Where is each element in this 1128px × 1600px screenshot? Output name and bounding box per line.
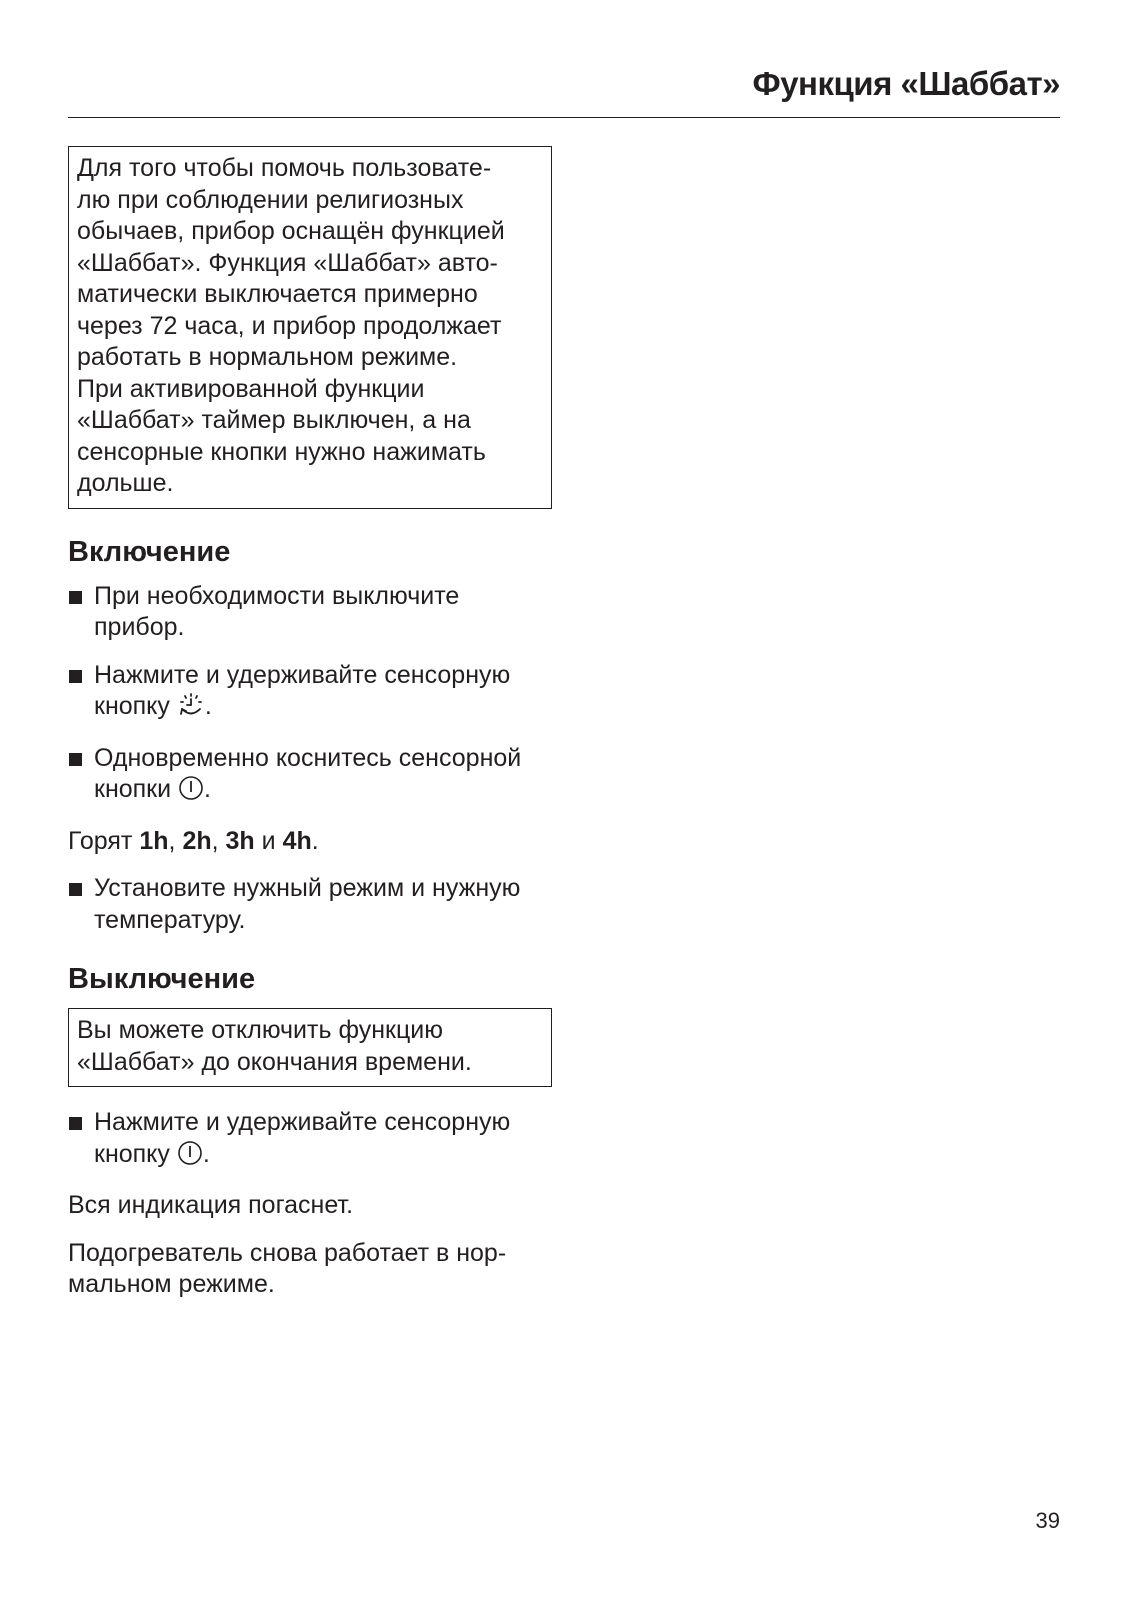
square-bullet-icon — [69, 753, 82, 766]
note-line: дольше. — [77, 468, 543, 500]
step-item: Установите нужный режим и нуж­ную темпер… — [68, 873, 552, 936]
intro-note-box: Для того чтобы помочь пользовате- лю при… — [68, 146, 552, 509]
note-line: сенсорные кнопки нужно нажимать — [77, 437, 543, 469]
result-text: Подогреватель снова работает в нор­мальн… — [68, 1238, 552, 1301]
note-line: Вы можете отключить функцию — [77, 1015, 543, 1047]
power-icon — [178, 775, 204, 810]
indicator-2h: 2h — [182, 827, 211, 855]
note-line: работать в нормальном режиме. — [77, 342, 543, 374]
note-line: матически выключается примерно — [77, 279, 543, 311]
step-text: Одновременно коснитесь сенсор­ной кнопки — [94, 744, 521, 804]
separator: , — [212, 827, 226, 855]
separator: и — [255, 827, 283, 855]
step-item: Нажмите и удерживайте сенсорную кнопку . — [68, 1107, 552, 1174]
section-heading-on: Включение — [68, 535, 552, 569]
timer-icon — [177, 692, 205, 727]
content-column: Для того чтобы помочь пользовате- лю при… — [68, 146, 552, 1317]
result-text: Горят 1h, 2h, 3h и 4h. — [68, 826, 552, 858]
step-text-end: . — [204, 775, 211, 803]
square-bullet-icon — [69, 883, 82, 896]
page-number: 39 — [1036, 1508, 1060, 1534]
square-bullet-icon — [69, 591, 82, 604]
indicator-4h: 4h — [283, 827, 312, 855]
title-divider — [68, 117, 1060, 118]
square-bullet-icon — [69, 1117, 82, 1130]
off-note-box: Вы можете отключить функцию «Шаббат» до … — [68, 1008, 552, 1087]
note-line: «Шаббат» до окончания времени. — [77, 1047, 543, 1079]
step-item: Нажмите и удерживайте сенсорную кнопку . — [68, 660, 552, 727]
step-item: При необходимости выключите прибор. — [68, 581, 552, 644]
result-prefix: Горят — [68, 827, 132, 855]
note-line: При активированной функции — [77, 374, 543, 406]
power-icon — [177, 1140, 203, 1175]
step-text-end: . — [203, 1140, 210, 1168]
result-text: Вся индикация погаснет. — [68, 1190, 552, 1222]
period: . — [312, 827, 319, 855]
square-bullet-icon — [69, 670, 82, 683]
section-heading-off: Выключение — [68, 962, 552, 996]
page-title: Функция «Шаббат» — [753, 66, 1060, 102]
step-text: При необходимости выключите прибор. — [94, 582, 459, 642]
separator: , — [169, 827, 183, 855]
note-line: обычаев, прибор оснащён функцией — [77, 216, 543, 248]
note-line: Для того чтобы помочь пользовате- — [77, 153, 543, 185]
note-line: «Шаббат» таймер выключен, а на — [77, 405, 543, 437]
step-text: Нажмите и удерживайте сенсорную кнопку — [94, 1108, 510, 1168]
step-text: Установите нужный режим и нуж­ную темпер… — [94, 874, 520, 934]
step-text: Нажмите и удерживайте сенсорную кнопку — [94, 661, 510, 721]
note-line: лю при соблюдении религиозных — [77, 185, 543, 217]
note-line: «Шаббат». Функция «Шаббат» авто- — [77, 248, 543, 280]
step-text-end: . — [205, 692, 212, 720]
indicator-3h: 3h — [226, 827, 255, 855]
step-item: Одновременно коснитесь сенсор­ной кнопки… — [68, 743, 552, 810]
note-line: через 72 часа, и прибор продолжает — [77, 311, 543, 343]
indicator-1h: 1h — [139, 827, 168, 855]
